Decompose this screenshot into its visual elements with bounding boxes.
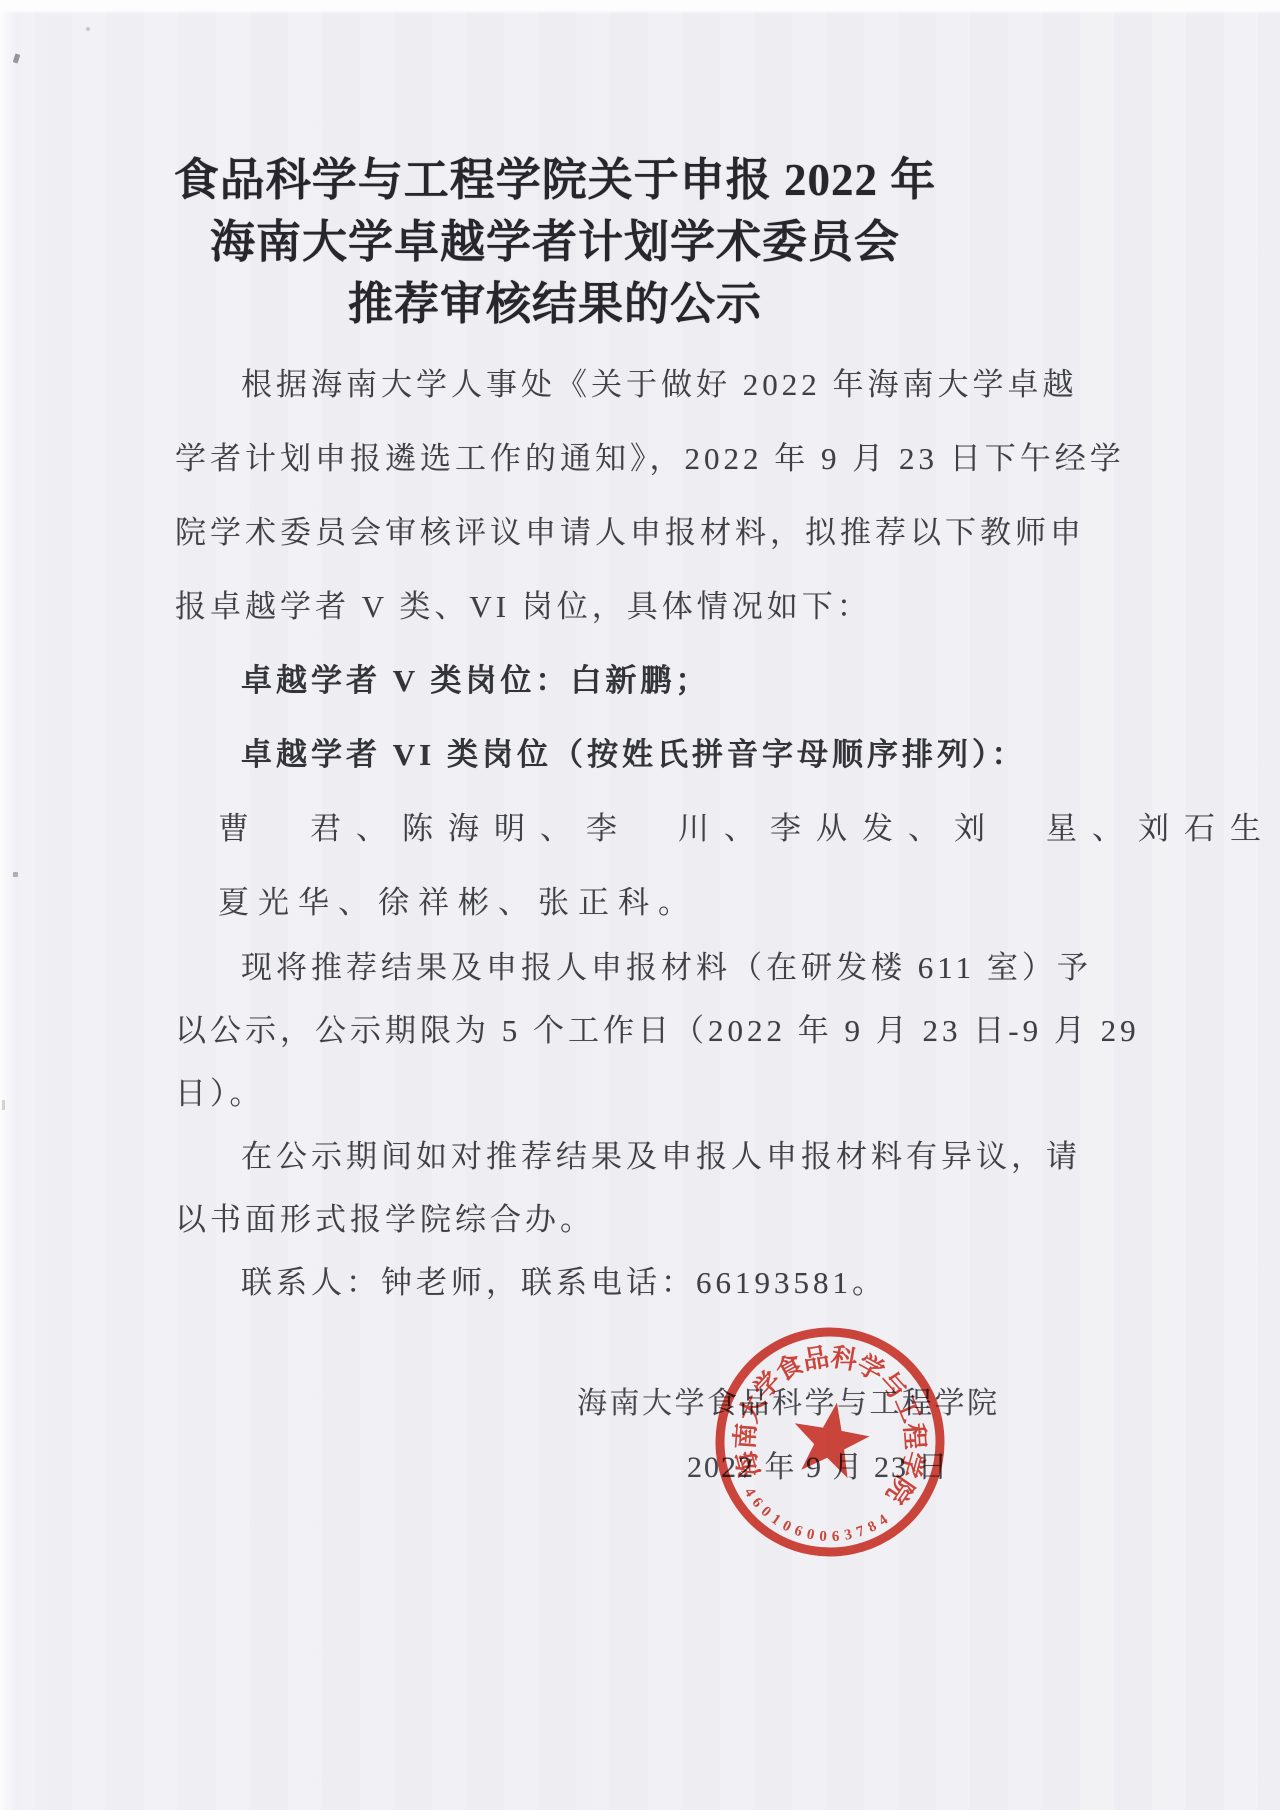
scan-artifact xyxy=(2,1100,5,1110)
document-title: 食品科学与工程学院关于申报 2022 年海南大学卓越学者计划学术委员会推荐审核结… xyxy=(0,149,1110,335)
seal-group: 海南大学食品科学与工程学院 4601060063784 xyxy=(703,1315,958,1570)
body-text-line: 日）。 xyxy=(175,1062,1115,1125)
official-seal: 海南大学食品科学与工程学院 4601060063784 xyxy=(700,1312,960,1572)
document-title-line: 推荐审核结果的公示 xyxy=(0,273,1110,335)
body-text-line: 现将推荐结果及申报人申报材料（在研发楼 611 室）予 xyxy=(175,936,1115,999)
scan-artifact xyxy=(13,53,21,63)
body-text-line: 卓越学者 VI 类岗位（按姓氏拼音字母顺序排列）： xyxy=(175,718,1115,792)
document-title-line: 海南大学卓越学者计划学术委员会 xyxy=(0,211,1110,273)
body-paragraphs-lower: 现将推荐结果及申报人申报材料（在研发楼 611 室）予以公示，公示期限为 5 个… xyxy=(175,936,1115,1314)
body-text-line: 学者计划申报遴选工作的通知》，2022 年 9 月 23 日下午经学 xyxy=(175,422,1115,496)
body-text-line: 以书面形式报学院综合办。 xyxy=(175,1188,1115,1251)
body-text-line: 院学术委员会审核评议申请人申报材料，拟推荐以下教师申 xyxy=(175,496,1115,570)
body-text-line: 以公示，公示期限为 5 个工作日（2022 年 9 月 23 日-9 月 29 xyxy=(175,999,1115,1062)
body-text-line: 根据海南大学人事处《关于做好 2022 年海南大学卓越 xyxy=(175,348,1115,422)
scan-artifact xyxy=(13,872,18,877)
scan-artifact xyxy=(86,27,90,31)
body-text-line: 报卓越学者 V 类、VI 岗位，具体情况如下： xyxy=(175,570,1115,644)
star-icon xyxy=(787,1396,874,1480)
body-text-line: 在公示期间如对推荐结果及申报人申报材料有异议，请 xyxy=(175,1125,1115,1188)
scanned-document-page: 食品科学与工程学院关于申报 2022 年海南大学卓越学者计划学术委员会推荐审核结… xyxy=(0,0,1280,1810)
body-text-line: 联系人：钟老师，联系电话：66193581。 xyxy=(175,1251,1115,1314)
body-text-line: 曹 君、陈海明、李 川、李从发、刘 星、刘石生 xyxy=(175,792,1115,866)
body-paragraphs-upper: 根据海南大学人事处《关于做好 2022 年海南大学卓越学者计划申报遴选工作的通知… xyxy=(175,348,1115,940)
body-text-line: 夏光华、徐祥彬、张正科。 xyxy=(175,866,1115,940)
document-title-line: 食品科学与工程学院关于申报 2022 年 xyxy=(0,149,1110,211)
body-text-line: 卓越学者 V 类岗位：白新鹏； xyxy=(175,644,1115,718)
